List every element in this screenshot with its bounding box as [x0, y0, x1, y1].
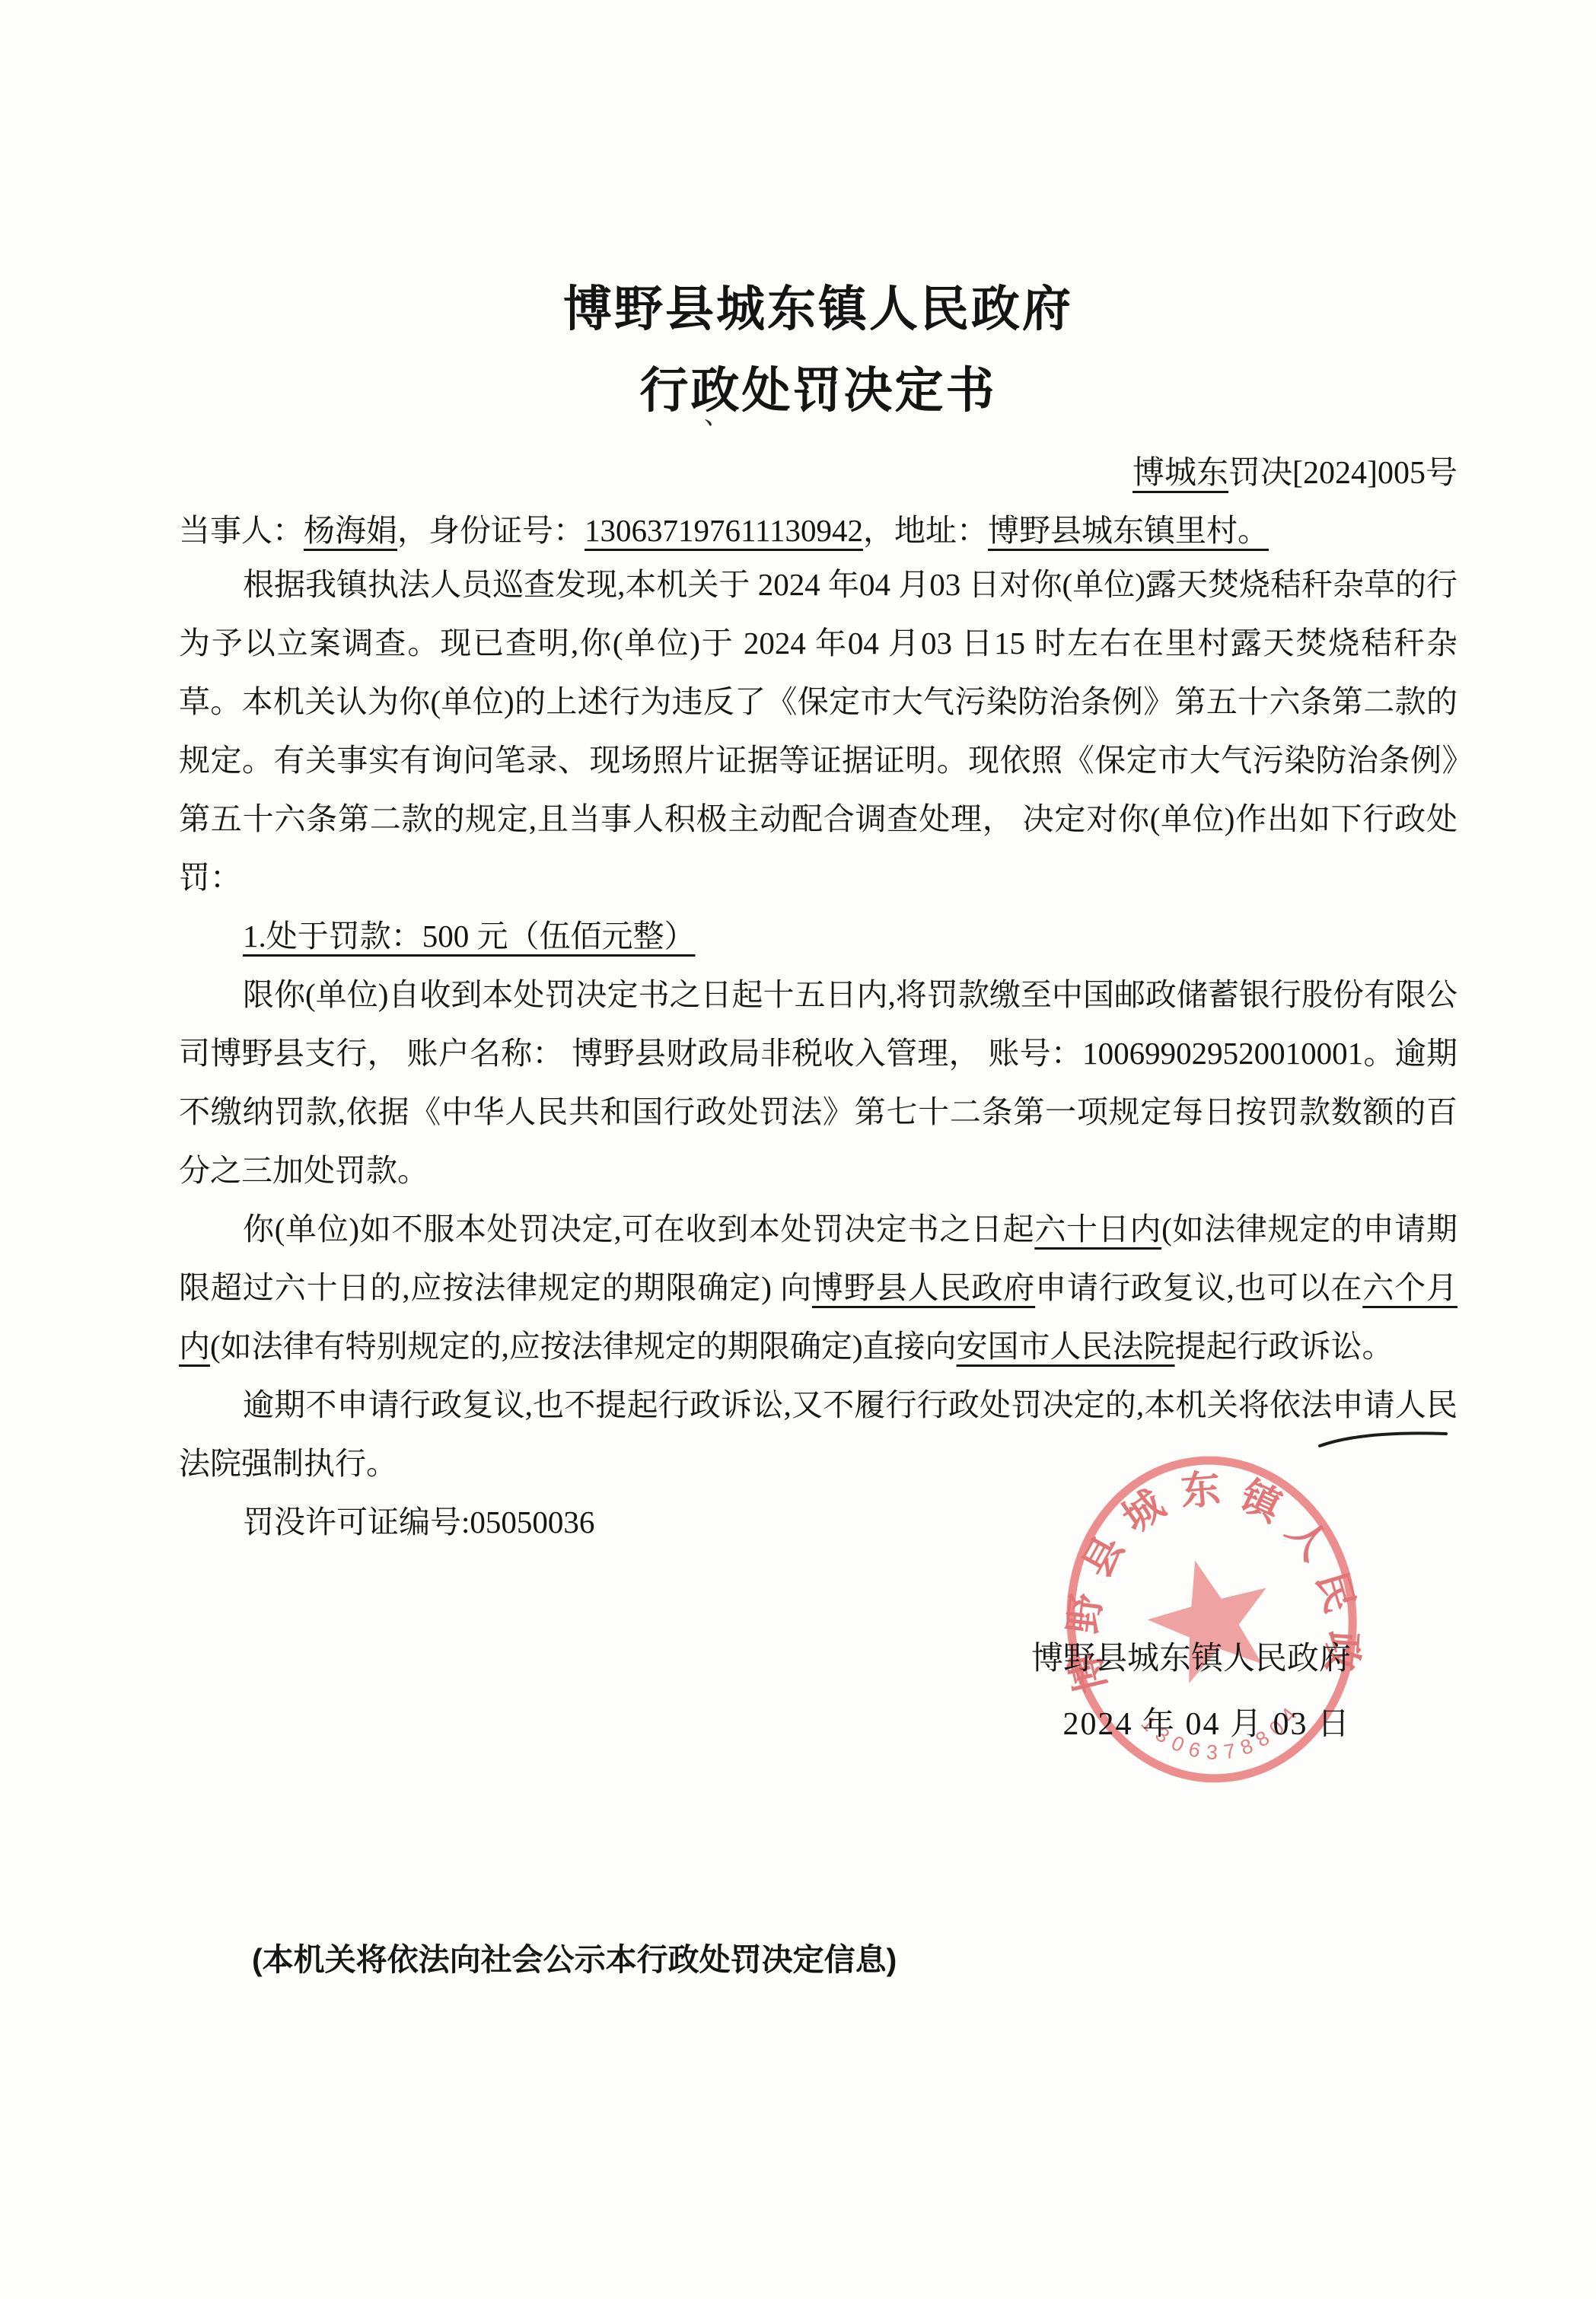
party-address: 博野县城东镇里村。: [988, 513, 1269, 548]
party-sep1: ，身份证号：: [397, 513, 585, 548]
scanned-document-page: 博野县城东镇人民政府 行政处罚决定书 博城东罚决[2024]005号 当事人：杨…: [0, 0, 1596, 2299]
appeal-court: 安国市人民法院: [957, 1329, 1175, 1364]
appeal-sixty-days: 六十日内: [1034, 1212, 1161, 1247]
document-content: 博野县城东镇人民政府 行政处罚决定书 博城东罚决[2024]005号 当事人：杨…: [179, 0, 1457, 2011]
stray-ink-mark: 、: [704, 394, 730, 431]
document-number: 博城东罚决[2024]005号: [179, 454, 1457, 492]
signature-block: 博野县城东镇人民政府 2024 年 04 月 03 日: [179, 1640, 1457, 1744]
paragraph-facts: 根据我镇执法人员巡查发现,本机关于 2024 年04 月03 日对你(单位)露天…: [179, 556, 1457, 907]
appeal-text: 申请行政复议,也可以在: [1035, 1270, 1362, 1305]
appeal-text: 你(单位)如不服本处罚决定,可在收到本处罚决定书之日起: [243, 1212, 1034, 1247]
paragraph-appeal: 你(单位)如不服本处罚决定,可在收到本处罚决定书之日起六十日内(如法律规定的申请…: [179, 1200, 1457, 1376]
party-info-line: 当事人：杨海娟，身份证号：130637197611130942，地址：博野县城东…: [179, 505, 1457, 556]
paragraph-payment: 限你(单位)自收到本处罚决定书之日起十五日内,将罚款缴至中国邮政储蓄银行股份有限…: [179, 966, 1457, 1200]
document-body: 根据我镇执法人员巡查发现,本机关于 2024 年04 月03 日对你(单位)露天…: [179, 556, 1457, 1552]
document-number-rest: 罚决[2024]005号: [1228, 456, 1457, 491]
signature-date: 2024 年 04 月 03 日: [179, 1705, 1351, 1743]
document-number-prefix: 博城东: [1132, 456, 1228, 491]
public-disclosure-note: (本机关将依法向社会公示本行政处罚决定信息): [179, 1941, 1457, 1979]
appeal-review-authority: 博野县人民政府: [812, 1270, 1035, 1305]
document-title-agency: 博野县城东镇人民政府: [179, 284, 1457, 335]
signature-agency: 博野县城东镇人民政府: [179, 1640, 1351, 1678]
paragraph-penalty-item: 1.处于罚款：500 元（伍佰元整）: [179, 907, 1457, 966]
appeal-text: 提起行政诉讼。: [1175, 1329, 1394, 1364]
document-title-type: 行政处罚决定书: [179, 365, 1457, 416]
official-red-seal: 博野县城东镇人民政府 1306378804: [1045, 1434, 1378, 1804]
penalty-amount: 1.处于罚款：500 元（伍佰元整）: [243, 919, 696, 954]
party-label: 当事人：: [179, 513, 304, 548]
party-name: 杨海娟: [304, 513, 397, 548]
pen-stroke-mark: [1317, 1429, 1450, 1449]
appeal-text: (如法律有特别规定的,应按法律规定的期限确定)直接向: [210, 1329, 957, 1364]
party-sep2: ，地址：: [863, 513, 988, 548]
party-id-number: 130637197611130942: [585, 513, 863, 548]
